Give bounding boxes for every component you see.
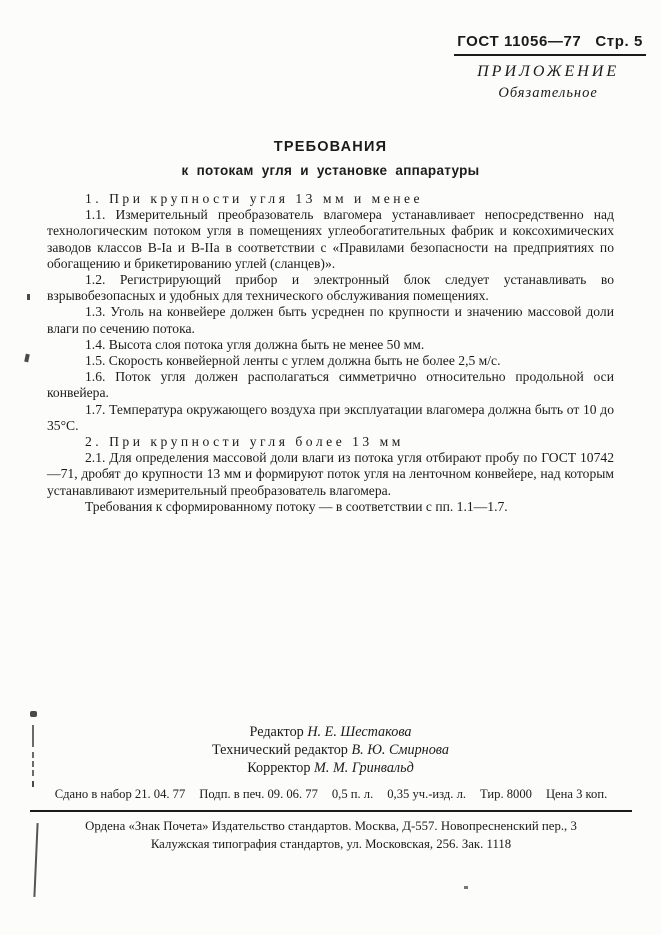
body-paragraph: 1.2. Регистрирующий прибор и электронный… bbox=[47, 272, 614, 304]
body-paragraph: 1.3. Уголь на конвейере должен быть усре… bbox=[47, 304, 614, 336]
scan-artifact-line bbox=[32, 725, 34, 747]
annex-block: ПРИЛОЖЕНИЕ Обязательное bbox=[454, 63, 646, 102]
scan-artifact-speck bbox=[27, 294, 30, 300]
imprint-typeset-date: Сдано в набор 21. 04. 77 bbox=[55, 787, 186, 802]
publisher-line-2: Калужская типография стандартов, ул. Мос… bbox=[30, 836, 632, 854]
colophon-line: Технический редактор В. Ю. Смирнова bbox=[0, 741, 661, 759]
colophon-role: Редактор bbox=[250, 724, 304, 740]
body-paragraph: 1.1. Измерительный преобразователь влаго… bbox=[47, 207, 614, 272]
document-subtitle: к потокам угля и установке аппаратуры bbox=[0, 163, 661, 178]
annex-type: Обязательное bbox=[454, 85, 642, 102]
scan-artifact-tick bbox=[32, 781, 34, 787]
section-heading: 1. При крупности угля 13 мм и менее bbox=[47, 191, 614, 207]
body-paragraph: 1.7. Температура окружающего воздуха при… bbox=[47, 402, 614, 434]
colophon-name: В. Ю. Смирнова bbox=[351, 742, 449, 758]
document-title-block: ТРЕБОВАНИЯ к потокам угля и установке ап… bbox=[0, 139, 661, 178]
imprint-sheets: 0,5 п. л. bbox=[332, 787, 373, 802]
imprint-line: Сдано в набор 21. 04. 77Подп. в печ. 09.… bbox=[30, 787, 632, 812]
page-header: ГОСТ 11056—77Стр. 5 ПРИЛОЖЕНИЕ Обязатель… bbox=[454, 33, 646, 102]
body-paragraph: Требования к сформированному потоку — в … bbox=[47, 499, 614, 515]
body-paragraph: 1.6. Поток угля должен располагаться сим… bbox=[47, 369, 614, 401]
imprint-price: Цена 3 коп. bbox=[546, 787, 607, 802]
document-title: ТРЕБОВАНИЯ bbox=[0, 139, 661, 155]
colophon-name: Н. Е. Шестакова bbox=[307, 724, 411, 740]
scan-artifact-speck bbox=[24, 354, 30, 363]
scan-artifact-blob bbox=[30, 711, 37, 717]
standard-designation: ГОСТ 11056—77Стр. 5 bbox=[454, 33, 646, 56]
imprint-pub-sheets: 0,35 уч.-изд. л. bbox=[387, 787, 466, 802]
body-paragraph: 1.4. Высота слоя потока угля должна быть… bbox=[47, 337, 614, 353]
publisher-block: Ордена «Знак Почета» Издательство станда… bbox=[30, 818, 632, 853]
scanned-document-page: ГОСТ 11056—77Стр. 5 ПРИЛОЖЕНИЕ Обязатель… bbox=[0, 0, 661, 935]
imprint-circulation: Тир. 8000 bbox=[480, 787, 532, 802]
colophon-role: Технический редактор bbox=[212, 742, 348, 758]
body-paragraph: 1.5. Скорость конвейерной ленты с углем … bbox=[47, 353, 614, 369]
imprint-block: Сдано в набор 21. 04. 77Подп. в печ. 09.… bbox=[30, 787, 632, 853]
colophon-line: Редактор Н. Е. Шестакова bbox=[0, 723, 661, 741]
colophon-name: М. М. Гринвальд bbox=[314, 760, 414, 776]
colophon-line: Корректор М. М. Гринвальд bbox=[0, 759, 661, 777]
publisher-line-1: Ордена «Знак Почета» Издательство станда… bbox=[30, 818, 632, 836]
imprint-print-date: Подп. в печ. 09. 06. 77 bbox=[199, 787, 318, 802]
section-heading: 2. При крупности угля более 13 мм bbox=[47, 434, 614, 450]
body-paragraph: 2.1. Для определения массовой доли влаги… bbox=[47, 450, 614, 499]
annex-title: ПРИЛОЖЕНИЕ bbox=[454, 63, 642, 81]
colophon: Редактор Н. Е. Шестакова Технический ред… bbox=[0, 723, 661, 777]
document-body: 1. При крупности угля 13 мм и менее 1.1.… bbox=[47, 191, 614, 515]
page-number: Стр. 5 bbox=[595, 33, 643, 50]
standard-number: ГОСТ 11056—77 bbox=[457, 33, 581, 50]
scan-artifact-line bbox=[32, 752, 36, 776]
scan-artifact-speck bbox=[464, 886, 468, 889]
colophon-role: Корректор bbox=[247, 760, 310, 776]
